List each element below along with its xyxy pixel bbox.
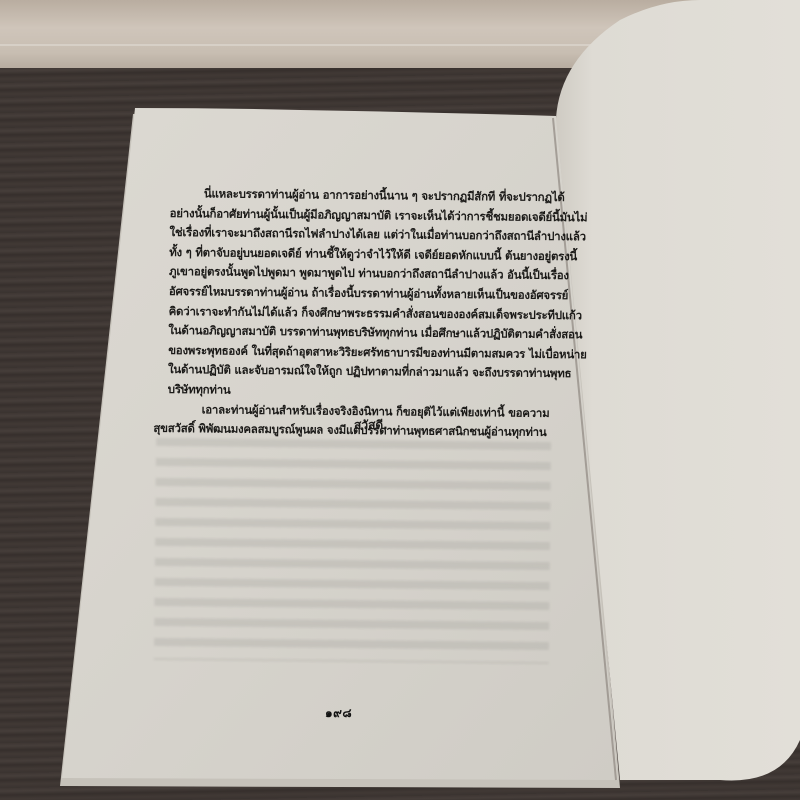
- body-text: นี่แหละบรรดาท่านผู้อ่าน อาการอย่างนี้นาน…: [167, 184, 542, 443]
- text-line: สุขสวัสดิ์ พิพัฒนมงคลสมบูรณ์พูนผล จงมีแด…: [153, 419, 539, 443]
- bleed-through-text: [154, 430, 551, 664]
- paragraph-1: นี่แหละบรรดาท่านผู้อ่าน อาการอย่างนี้นาน…: [168, 184, 542, 403]
- photo-scene: นี่แหละบรรดาท่านผู้อ่าน อาการอย่างนี้นาน…: [0, 0, 800, 800]
- signoff: สวัสดี.: [354, 416, 388, 435]
- page-number: ๑๙๘: [325, 704, 352, 723]
